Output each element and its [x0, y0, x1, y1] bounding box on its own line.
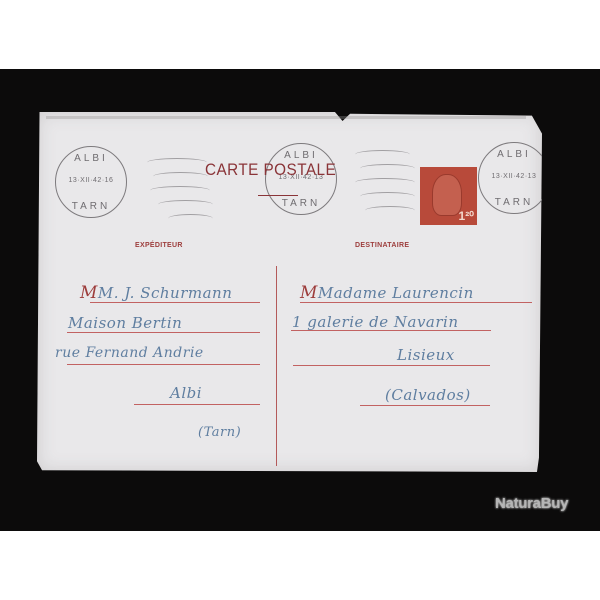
postmark-date: 13·XII·42·16 [56, 177, 126, 184]
sender-label: EXPÉDITEUR [135, 242, 183, 249]
cancel-wave [360, 192, 415, 201]
recipient-label: DESTINATAIRE [355, 242, 409, 249]
sender-line-5: (Tarn) [198, 425, 241, 440]
postmark-town: ALBI [479, 149, 549, 160]
cancel-wave [150, 186, 210, 195]
postmark-right: ALBI 13·XII·42·13 TARN [478, 142, 550, 214]
stamp-portrait-icon [432, 174, 462, 216]
address-line [67, 364, 260, 365]
address-line [293, 365, 490, 366]
recipient-line-1: MMadame Laurencin [300, 283, 474, 303]
cancel-wave [153, 172, 208, 181]
cancel-wave [168, 214, 213, 223]
cancel-wave [355, 150, 410, 159]
card-fold-mark [46, 116, 526, 119]
cancel-wave [147, 158, 207, 167]
title-ornament [258, 195, 298, 196]
postage-stamp: 1²⁰ [420, 167, 477, 225]
postmark-dept: TARN [479, 197, 549, 208]
cancel-wave [365, 206, 415, 215]
stamp-value: 1²⁰ [459, 209, 474, 223]
sender-line-2: Maison Bertin [68, 314, 182, 332]
sender-line-4: Albi [170, 384, 202, 402]
sender-line-1: MM. J. Schurmann [80, 283, 232, 303]
sender-line-3: rue Fernand Andrie [55, 345, 204, 361]
postmark-town: ALBI [56, 153, 126, 164]
center-divider [276, 266, 277, 466]
postmark-left: ALBI 13·XII·42·16 TARN [55, 146, 127, 218]
cancel-wave [360, 164, 415, 173]
printed-prefix: M [300, 283, 318, 303]
address-line [67, 332, 260, 333]
naturabuy-watermark: NaturaBuy [495, 495, 568, 512]
recipient-line-3: Lisieux [397, 346, 455, 364]
cancel-wave [158, 200, 213, 209]
postmark-dept: TARN [266, 198, 336, 209]
address-line [360, 405, 490, 406]
postmark-dept: TARN [56, 201, 126, 212]
card-title: CARTE POSTALE [205, 160, 336, 180]
recipient-line-2: 1 galerie de Navarin [292, 313, 459, 331]
recipient-line-4: (Calvados) [385, 386, 471, 404]
cancel-wave [355, 178, 415, 187]
printed-prefix: M [80, 283, 98, 303]
postmark-date: 13·XII·42·13 [479, 173, 549, 180]
address-line [134, 404, 260, 405]
